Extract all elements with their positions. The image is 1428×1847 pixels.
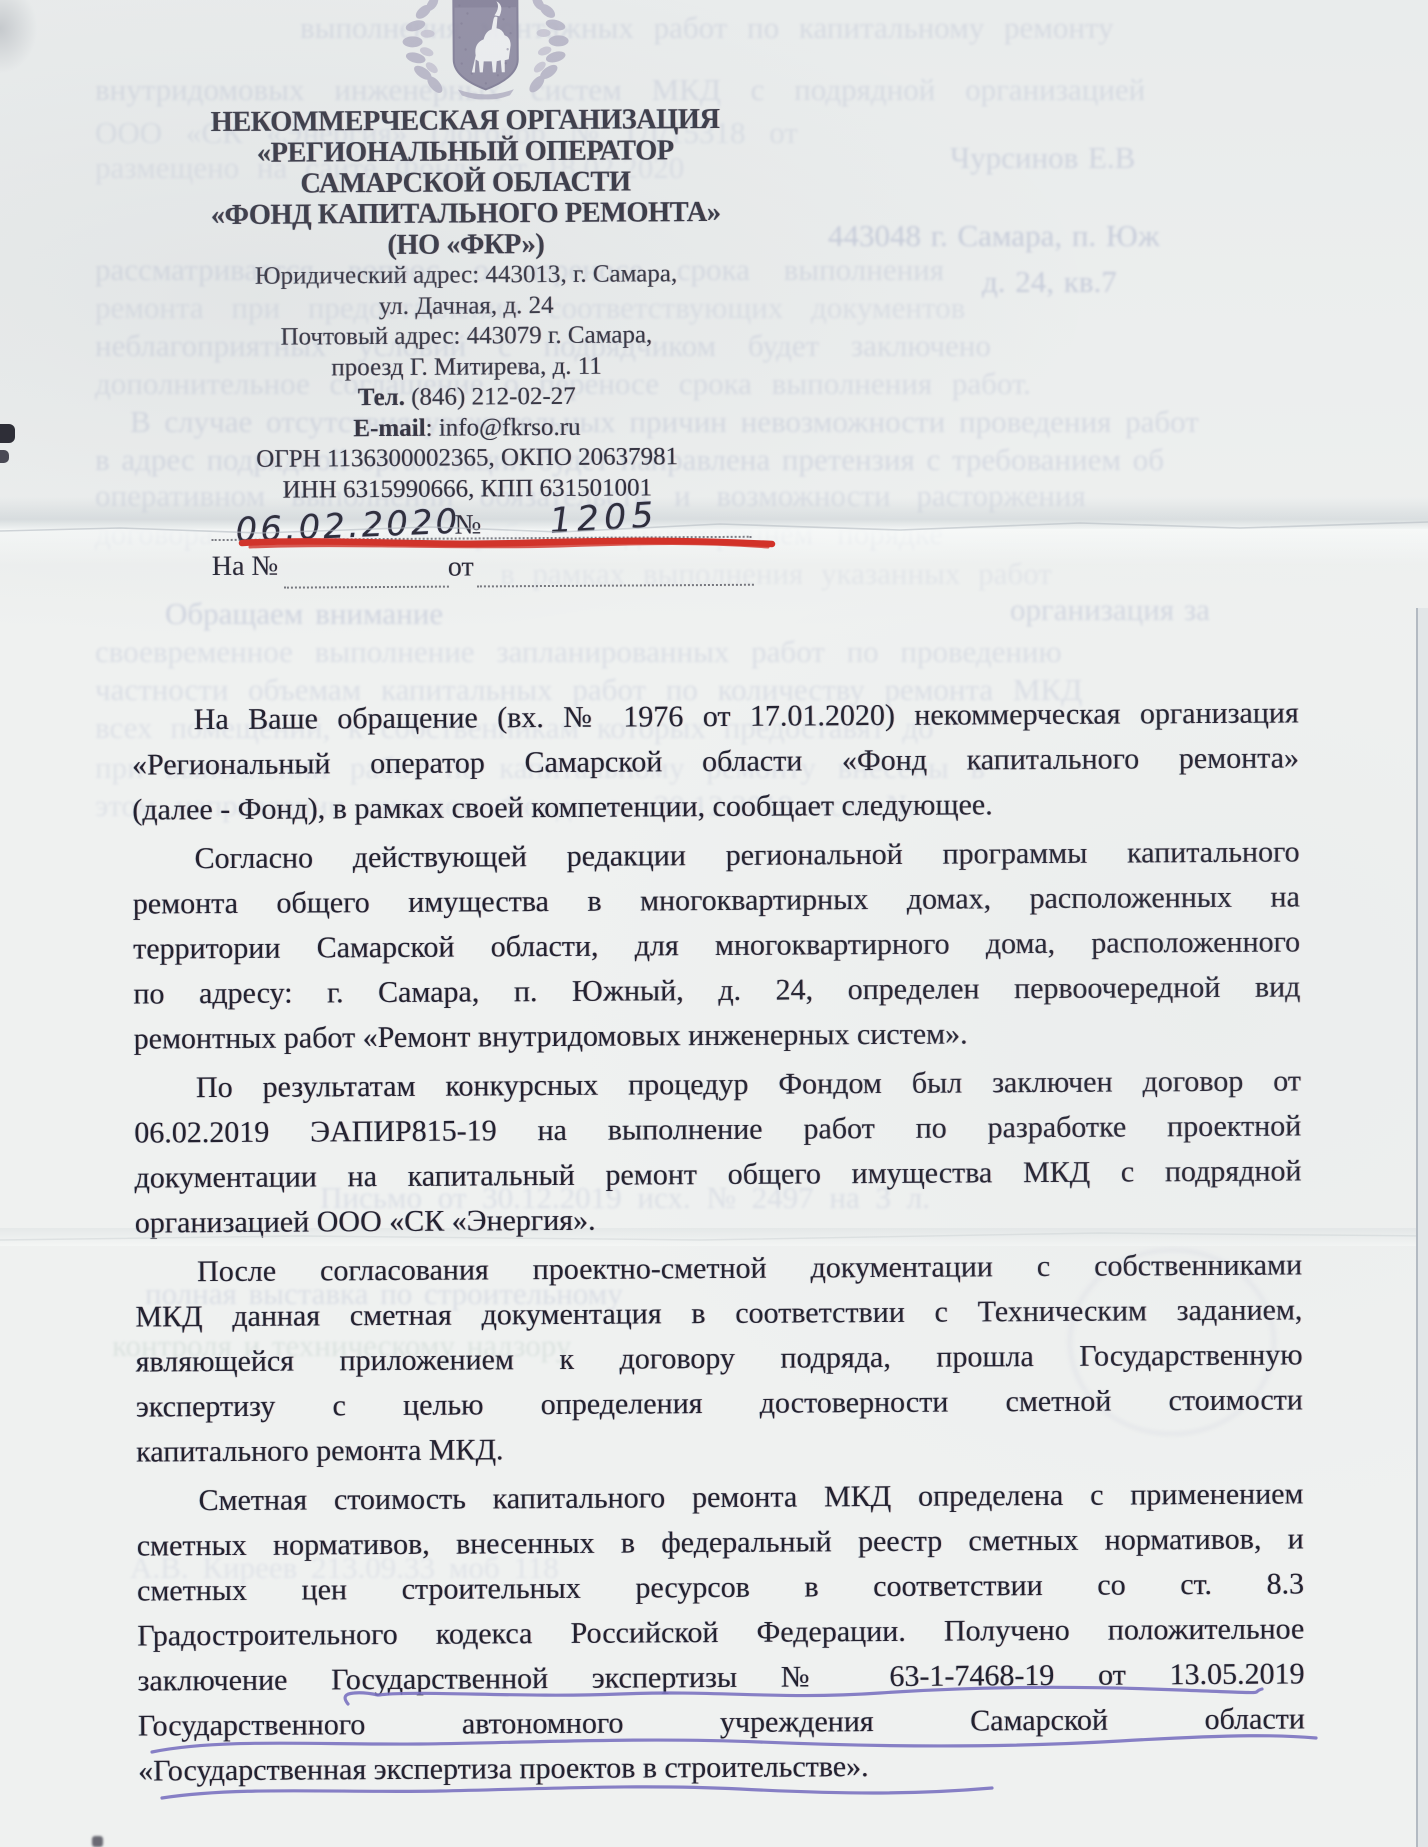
org-name-line: НЕКОММЕРЧЕСКАЯ ОРГАНИЗАЦИЯ — [134, 103, 797, 138]
inn-kpp-line: ИНН 6315990666, КПП 631501001 — [129, 472, 805, 507]
body-line: После согласования проектно-сметной доку… — [135, 1242, 1302, 1294]
body-line: «Региональный оператор Самарской области… — [132, 735, 1299, 787]
paper-edge-band — [1418, 608, 1428, 1847]
body-line: (далее - Фонд), в рамках своей компетенц… — [132, 780, 1299, 832]
org-name-line: «ФОНД КАПИТАЛЬНОГО РЕМОНТА» — [134, 196, 797, 231]
letter-body: На Ваше обращение (вх. № 1976 от 17.01.2… — [132, 690, 1306, 1797]
body-line: Сметная стоимость капитального ремонта М… — [136, 1471, 1303, 1523]
body-line: По результатам конкурсных процедур Фондо… — [134, 1058, 1301, 1110]
email-line: E-mail: info@fkrso.ru — [129, 411, 805, 446]
body-line: заключение Государственной экспертизы № … — [137, 1651, 1304, 1703]
body-paragraph: По результатам конкурсных процедур Фондо… — [134, 1058, 1302, 1245]
postal-address-line: Почтовый адрес: 443079 г. Самара, — [128, 319, 804, 354]
body-line: МКД данная сметная документация в соотве… — [135, 1287, 1302, 1339]
body-line: экспертизу с целью определения достоверн… — [136, 1377, 1303, 1429]
body-paragraph: Согласно действующей редакции региональн… — [132, 829, 1300, 1061]
body-line: 06.02.2019 ЭАПИР815-19 на выполнение раб… — [134, 1103, 1301, 1155]
body-line: организацией ООО «СК «Энергия». — [135, 1193, 1302, 1245]
scan-edge-mark — [0, 424, 15, 443]
body-line: являющейся приложением к договору подряд… — [136, 1332, 1303, 1384]
body-line: «Государственная экспертиза проектов в с… — [138, 1741, 1305, 1793]
body-line: по адресу: г. Самара, п. Южный, д. 24, о… — [133, 964, 1300, 1016]
body-line: сметных цен строительных ресурсов в соот… — [137, 1561, 1304, 1613]
body-line: сметных нормативов, внесенных в федераль… — [137, 1516, 1304, 1568]
scanned-letter-page: выполнения монтажных работ по капитально… — [0, 0, 1428, 1847]
body-line: На Ваше обращение (вх. № 1976 от 17.01.2… — [132, 690, 1299, 742]
handwritten-outgoing-number: 1205 — [548, 496, 659, 542]
phone-line: Тел. (846) 212-02-27 — [129, 380, 805, 415]
postal-address-line: проезд Г. Митирева, д. 11 — [129, 350, 805, 385]
legal-address-line: Юридический адрес: 443013, г. Самара, — [128, 258, 804, 293]
legal-address-line: ул. Дачная, д. 24 — [128, 289, 804, 324]
body-line: документации на капитальный ремонт общег… — [134, 1148, 1301, 1200]
email-label: E-mail — [353, 414, 425, 441]
org-name-line: (НО «ФКР») — [135, 227, 798, 262]
body-line: Градостроительного кодекса Российской Фе… — [137, 1606, 1304, 1658]
handwritten-date: 06.02.2020 — [235, 502, 461, 551]
reply-date-blank — [477, 584, 754, 588]
reply-to-label: На № — [212, 551, 279, 583]
body-line: Согласно действующей редакции региональн… — [132, 829, 1299, 881]
samara-coat-of-arms-icon — [397, 0, 574, 100]
from-label: от — [448, 551, 474, 583]
body-line: территории Самарской области, для многок… — [133, 919, 1300, 971]
phone-value: (846) 212-02-27 — [405, 383, 576, 411]
scan-speck — [92, 1836, 103, 1847]
body-paragraph: На Ваше обращение (вх. № 1976 от 17.01.2… — [132, 690, 1300, 832]
body-line: ремонта общего имущества в многоквартирн… — [133, 874, 1300, 926]
org-name-line: «РЕГИОНАЛЬНЫЙ ОПЕРАТОР — [134, 134, 797, 169]
email-value: : info@fkrso.ru — [426, 413, 581, 441]
ogrn-okpo-line: ОГРН 1136300002365, ОКПО 20637981 — [129, 441, 805, 476]
phone-label: Тел. — [358, 384, 405, 411]
reply-number-blank — [284, 586, 449, 589]
letter-content: НЕКОММЕРЧЕСКАЯ ОРГАНИЗАЦИЯ «РЕГИОНАЛЬНЫЙ… — [0, 0, 1428, 1847]
paper-edge-line — [1416, 608, 1418, 1847]
body-line: Государственного автономного учреждения … — [138, 1696, 1305, 1748]
scan-corner-smudge — [0, 0, 70, 95]
scan-edge-mark — [0, 450, 9, 463]
letterhead: НЕКОММЕРЧЕСКАЯ ОРГАНИЗАЦИЯ «РЕГИОНАЛЬНЫЙ… — [127, 103, 805, 506]
body-paragraph: Сметная стоимость капитального ремонта М… — [136, 1471, 1305, 1793]
body-line: капитального ремонта МКД. — [136, 1422, 1303, 1474]
body-paragraph: После согласования проектно-сметной доку… — [135, 1242, 1303, 1474]
body-line: ремонтных работ «Ремонт внутридомовых ин… — [134, 1009, 1301, 1061]
